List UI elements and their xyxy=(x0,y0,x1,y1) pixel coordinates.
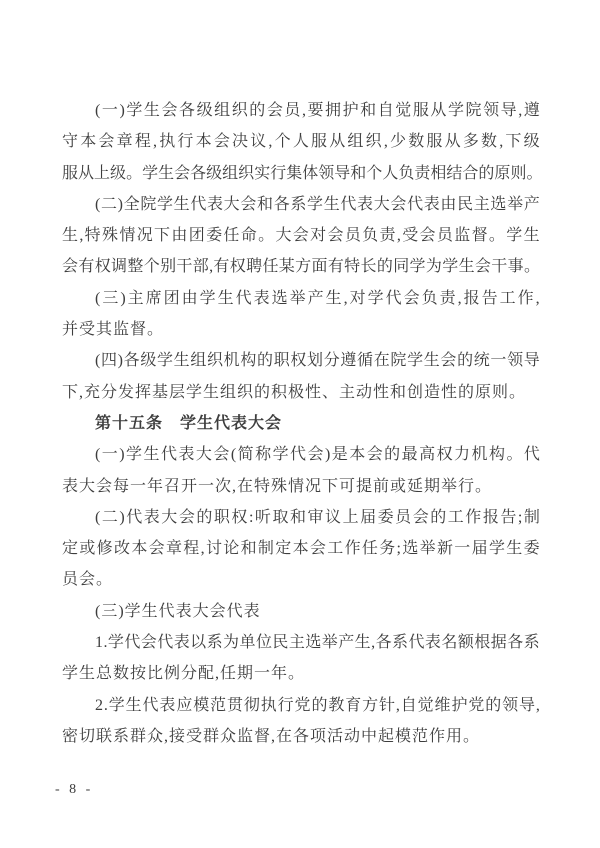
text-line: 学生总数按比例分配,任期一年。 xyxy=(62,658,540,689)
text-line: (二)全院学生代表大会和各系学生代表大会代表由民主选举产 xyxy=(62,189,540,220)
text-line: 生,特殊情况下由团委任命。大会对会员负责,受会员监督。学生 xyxy=(62,220,540,251)
text-line: (三)主席团由学生代表选举产生,对学代会负责,报告工作, xyxy=(62,283,540,314)
text-line: (一)学生会各级组织的会员,要拥护和自觉服从学院领导,遵 xyxy=(62,95,540,126)
text-line: 员会。 xyxy=(62,564,540,595)
text-line: 1.学代会代表以系为单位民主选举产生,各系代表名额根据各系 xyxy=(62,627,540,658)
text-line: 2.学生代表应模范贯彻执行党的教育方针,自觉维护党的领导, xyxy=(62,690,540,721)
text-line: (四)各级学生组织机构的职权划分遵循在院学生会的统一领导 xyxy=(62,345,540,376)
text-line: 会有权调整个别干部,有权聘任某方面有特长的同学为学生会干事。 xyxy=(62,251,540,282)
text-line: (二)代表大会的职权:听取和审议上届委员会的工作报告;制 xyxy=(62,502,540,533)
text-line: 表大会每一年召开一次,在特殊情况下可提前或延期举行。 xyxy=(62,471,540,502)
text-line: 服从上级。学生会各级组织实行集体领导和个人负责相结合的原则。 xyxy=(62,158,540,189)
document-page: (一)学生会各级组织的会员,要拥护和自觉服从学院领导,遵守本会章程,执行本会决议… xyxy=(0,0,600,848)
text-line: 密切联系群众,接受群众监督,在各项活动中起模范作用。 xyxy=(62,721,540,752)
text-line: (三)学生代表大会代表 xyxy=(62,596,540,627)
page-number: - 8 - xyxy=(55,782,93,798)
text-line: 第十五条 学生代表大会 xyxy=(62,408,540,439)
text-line: (一)学生代表大会(简称学代会)是本会的最高权力机构。代 xyxy=(62,439,540,470)
text-line: 守本会章程,执行本会决议,个人服从组织,少数服从多数,下级 xyxy=(62,126,540,157)
text-line: 并受其监督。 xyxy=(62,314,540,345)
document-body: (一)学生会各级组织的会员,要拥护和自觉服从学院领导,遵守本会章程,执行本会决议… xyxy=(62,95,540,752)
text-line: 定或修改本会章程,讨论和制定本会工作任务;选举新一届学生委 xyxy=(62,533,540,564)
text-line: 下,充分发挥基层学生组织的积极性、主动性和创造性的原则。 xyxy=(62,377,540,408)
